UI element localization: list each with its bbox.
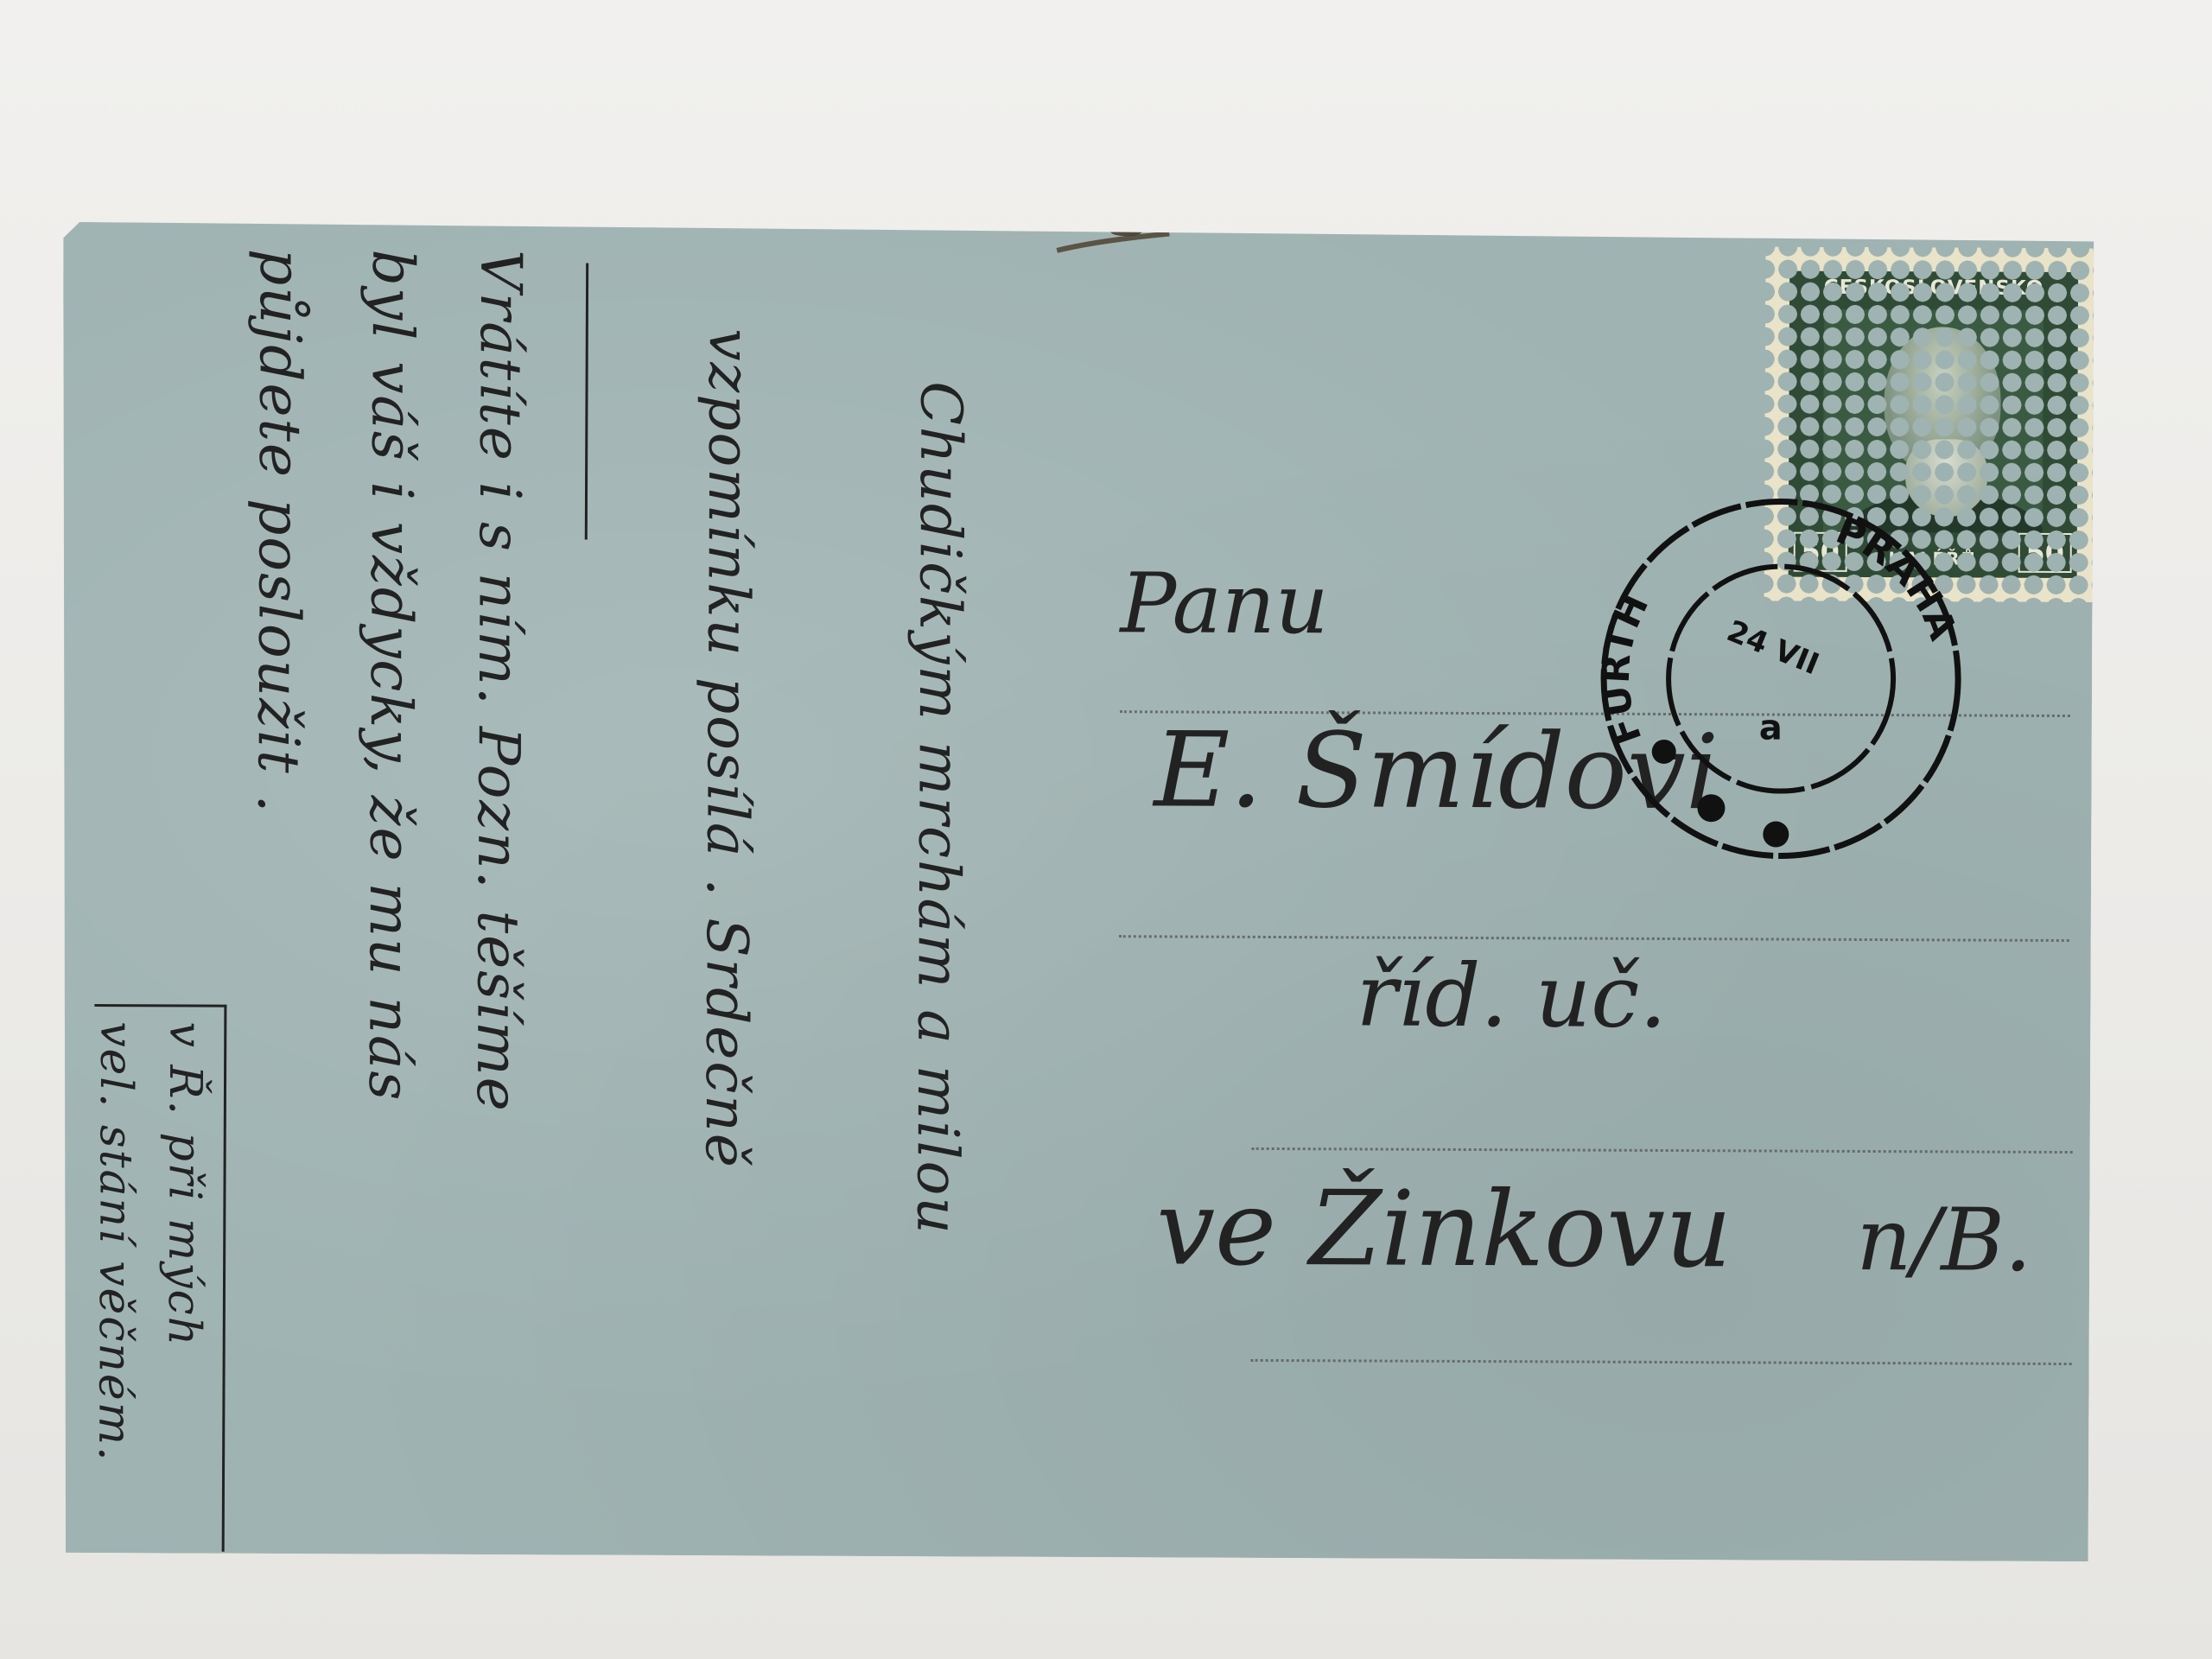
postmark-suffix: a — [1759, 708, 1783, 747]
side-note-line-1: v Ř. při mých — [158, 1021, 212, 1347]
svg-text:FURTH: FURTH — [1593, 588, 1657, 751]
address-rule-2 — [1119, 935, 2069, 942]
message-line-3: Vrátíte i s ním. Pozn. těšíme — [464, 250, 534, 1113]
ink-smudge — [1039, 226, 1212, 262]
message-line-5: půjdete posloužit . — [245, 249, 314, 815]
address-rule-3 — [1252, 1147, 2073, 1154]
address-salutation: Panu — [1120, 555, 1329, 652]
stamp-value-right: 50 — [2018, 533, 2072, 573]
postmark-top-text: FURTH — [1593, 588, 1657, 751]
postcard: Chudičkým mrchám a milou vzpomínku posíl… — [58, 222, 2094, 1561]
message-line-1: Chudičkým mrchám a milou — [904, 381, 974, 1236]
svg-text:PRAHA: PRAHA — [1829, 508, 1965, 646]
stamp-country: ČESKOSLOVENSKO — [1789, 276, 2078, 300]
margin-bracket — [585, 264, 588, 540]
circular-postmark-icon: FURTH PRAHA 24 VII a — [1581, 480, 1980, 879]
postmark-date: 24 VII — [1722, 613, 1824, 682]
message-line-4: byl váš i vždycky, že mu nás — [356, 249, 426, 1102]
postmark-right-text: PRAHA — [1829, 508, 1965, 646]
address-rule-4 — [1251, 1359, 2072, 1365]
address-title: říd. uč. — [1356, 944, 1667, 1047]
message-line-2: vzpomínku posílá . Srdečně — [693, 328, 763, 1169]
side-note-line-2: vel. stání věčném. — [88, 1021, 142, 1463]
address-place: ve Žinkovu — [1156, 1168, 1732, 1291]
address-place-suffix: n/B. — [1856, 1189, 2032, 1291]
